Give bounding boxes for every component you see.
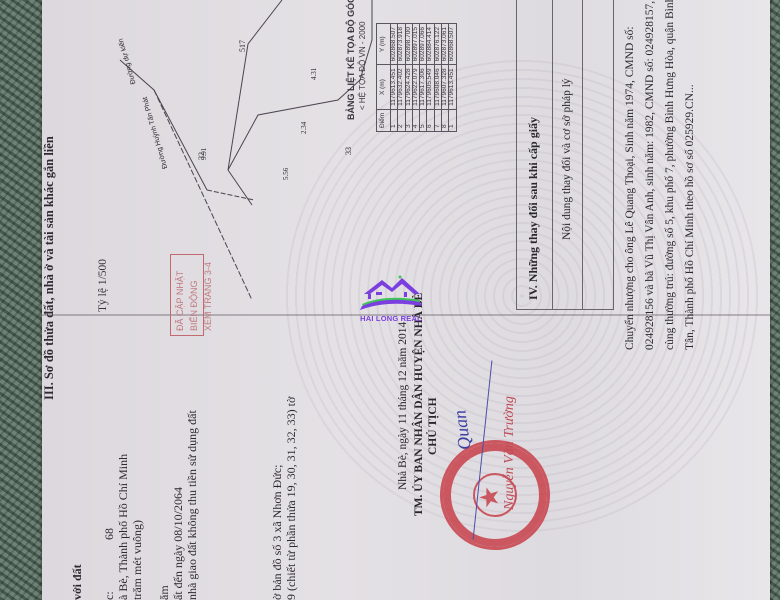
change-content: Chuyển nhượng cho ông Lê Quang Thoại, Si… (620, 0, 720, 350)
coord-header-cell: Điểm (377, 109, 391, 131)
seal-star-icon: ★ (475, 486, 505, 509)
issue-date: Nhà Bè, ngày 11 tháng 12 năm 2014 (397, 322, 409, 490)
signer-role: CHỦ TỊCH (427, 397, 439, 455)
coord-cell: 1 (449, 109, 456, 131)
hai-long-real-logo: HAI LONG REAL (356, 272, 426, 326)
coord-cell: 3 (405, 109, 412, 131)
edge-length-2: 5.56 (282, 168, 290, 180)
coord-cell: 7 (434, 109, 441, 131)
coord-cell: 602868.507 (449, 24, 456, 65)
coordinate-table: ĐiểmX (m)Y (m) 11179613.451602868.507211… (376, 23, 457, 132)
house-logo-icon (356, 272, 426, 316)
coord-cell: 2 (398, 109, 405, 131)
parcel-number: 517 (238, 40, 247, 52)
coord-cell: 1179613.451 (449, 65, 456, 109)
neighbor-33: 33 (344, 147, 353, 155)
left-line-4: trăm mét vuông) (130, 520, 145, 600)
coord-row: 21179632.402602873.918 (398, 24, 405, 132)
official-seal: ★ (440, 440, 550, 550)
left-line-7: nhà giao đất không thu tiền sử dụng đất (185, 410, 200, 600)
left-line-2: c: (102, 591, 117, 600)
signer-name: Nguyễn Văn Trường (502, 396, 518, 510)
left-line-6: ất đến ngày 08/10/2064 (171, 487, 186, 600)
section4-title: IV. Những thay đổi sau khi cấp giấy (526, 117, 541, 300)
logo-brand-text: HAI LONG REAL (356, 314, 426, 323)
issuing-authority: TM. ỦY BAN NHÂN DÂN HUYỆN NHÀ BÈ (413, 293, 425, 516)
coord-cell: 4 (412, 109, 419, 131)
left-line-9: 9 (chiết từ phần thửa 19, 30, 31, 32, 33… (284, 397, 299, 600)
coord-cell: 6 (427, 109, 434, 131)
changes-column-header: Nội dung thay đổi và cơ sở pháp lý (561, 78, 573, 240)
coord-cell: 1 (391, 109, 398, 131)
edge-length-3: 2.34 (300, 122, 308, 134)
coord-row: 11179613.451602868.507 (449, 24, 456, 132)
coord-cell: 1179632.402 (398, 65, 405, 109)
left-line-3: à Bè, Thành phố Hồ Chí Minh (116, 454, 131, 600)
left-line-1: với đất (70, 564, 85, 600)
stamp-line-2: XEM TRANG 3-4 (201, 259, 215, 331)
coord-cell: 602873.918 (398, 24, 405, 65)
coord-cell: 8 (442, 109, 449, 131)
coord-table-subtitle: < HỆ TỌA ĐỘ VN - 2000 (358, 21, 367, 110)
coord-cell: 5 (420, 109, 427, 131)
coord-header-cell: Y (m) (377, 24, 391, 65)
left-line-8: ờ bản đồ số 3 xã Nhơn Đức; (270, 464, 285, 600)
coord-table-title: BẢNG LIỆT KÊ TỌA ĐỘ GÓC (346, 0, 356, 120)
stamp-line-1: ĐÃ CẬP NHẬT BIẾN ĐỘNG (173, 259, 201, 331)
edge-length-4: 4.31 (310, 68, 318, 80)
left-line-5: ăm (157, 585, 172, 600)
left-line-2-value: 68 (102, 528, 117, 540)
update-stamp: ĐÃ CẬP NHẬT BIẾN ĐỘNG XEM TRANG 3-4 (170, 254, 204, 336)
neighbor-32-label: 32 (197, 152, 206, 160)
coord-header-cell: X (m) (377, 65, 391, 109)
